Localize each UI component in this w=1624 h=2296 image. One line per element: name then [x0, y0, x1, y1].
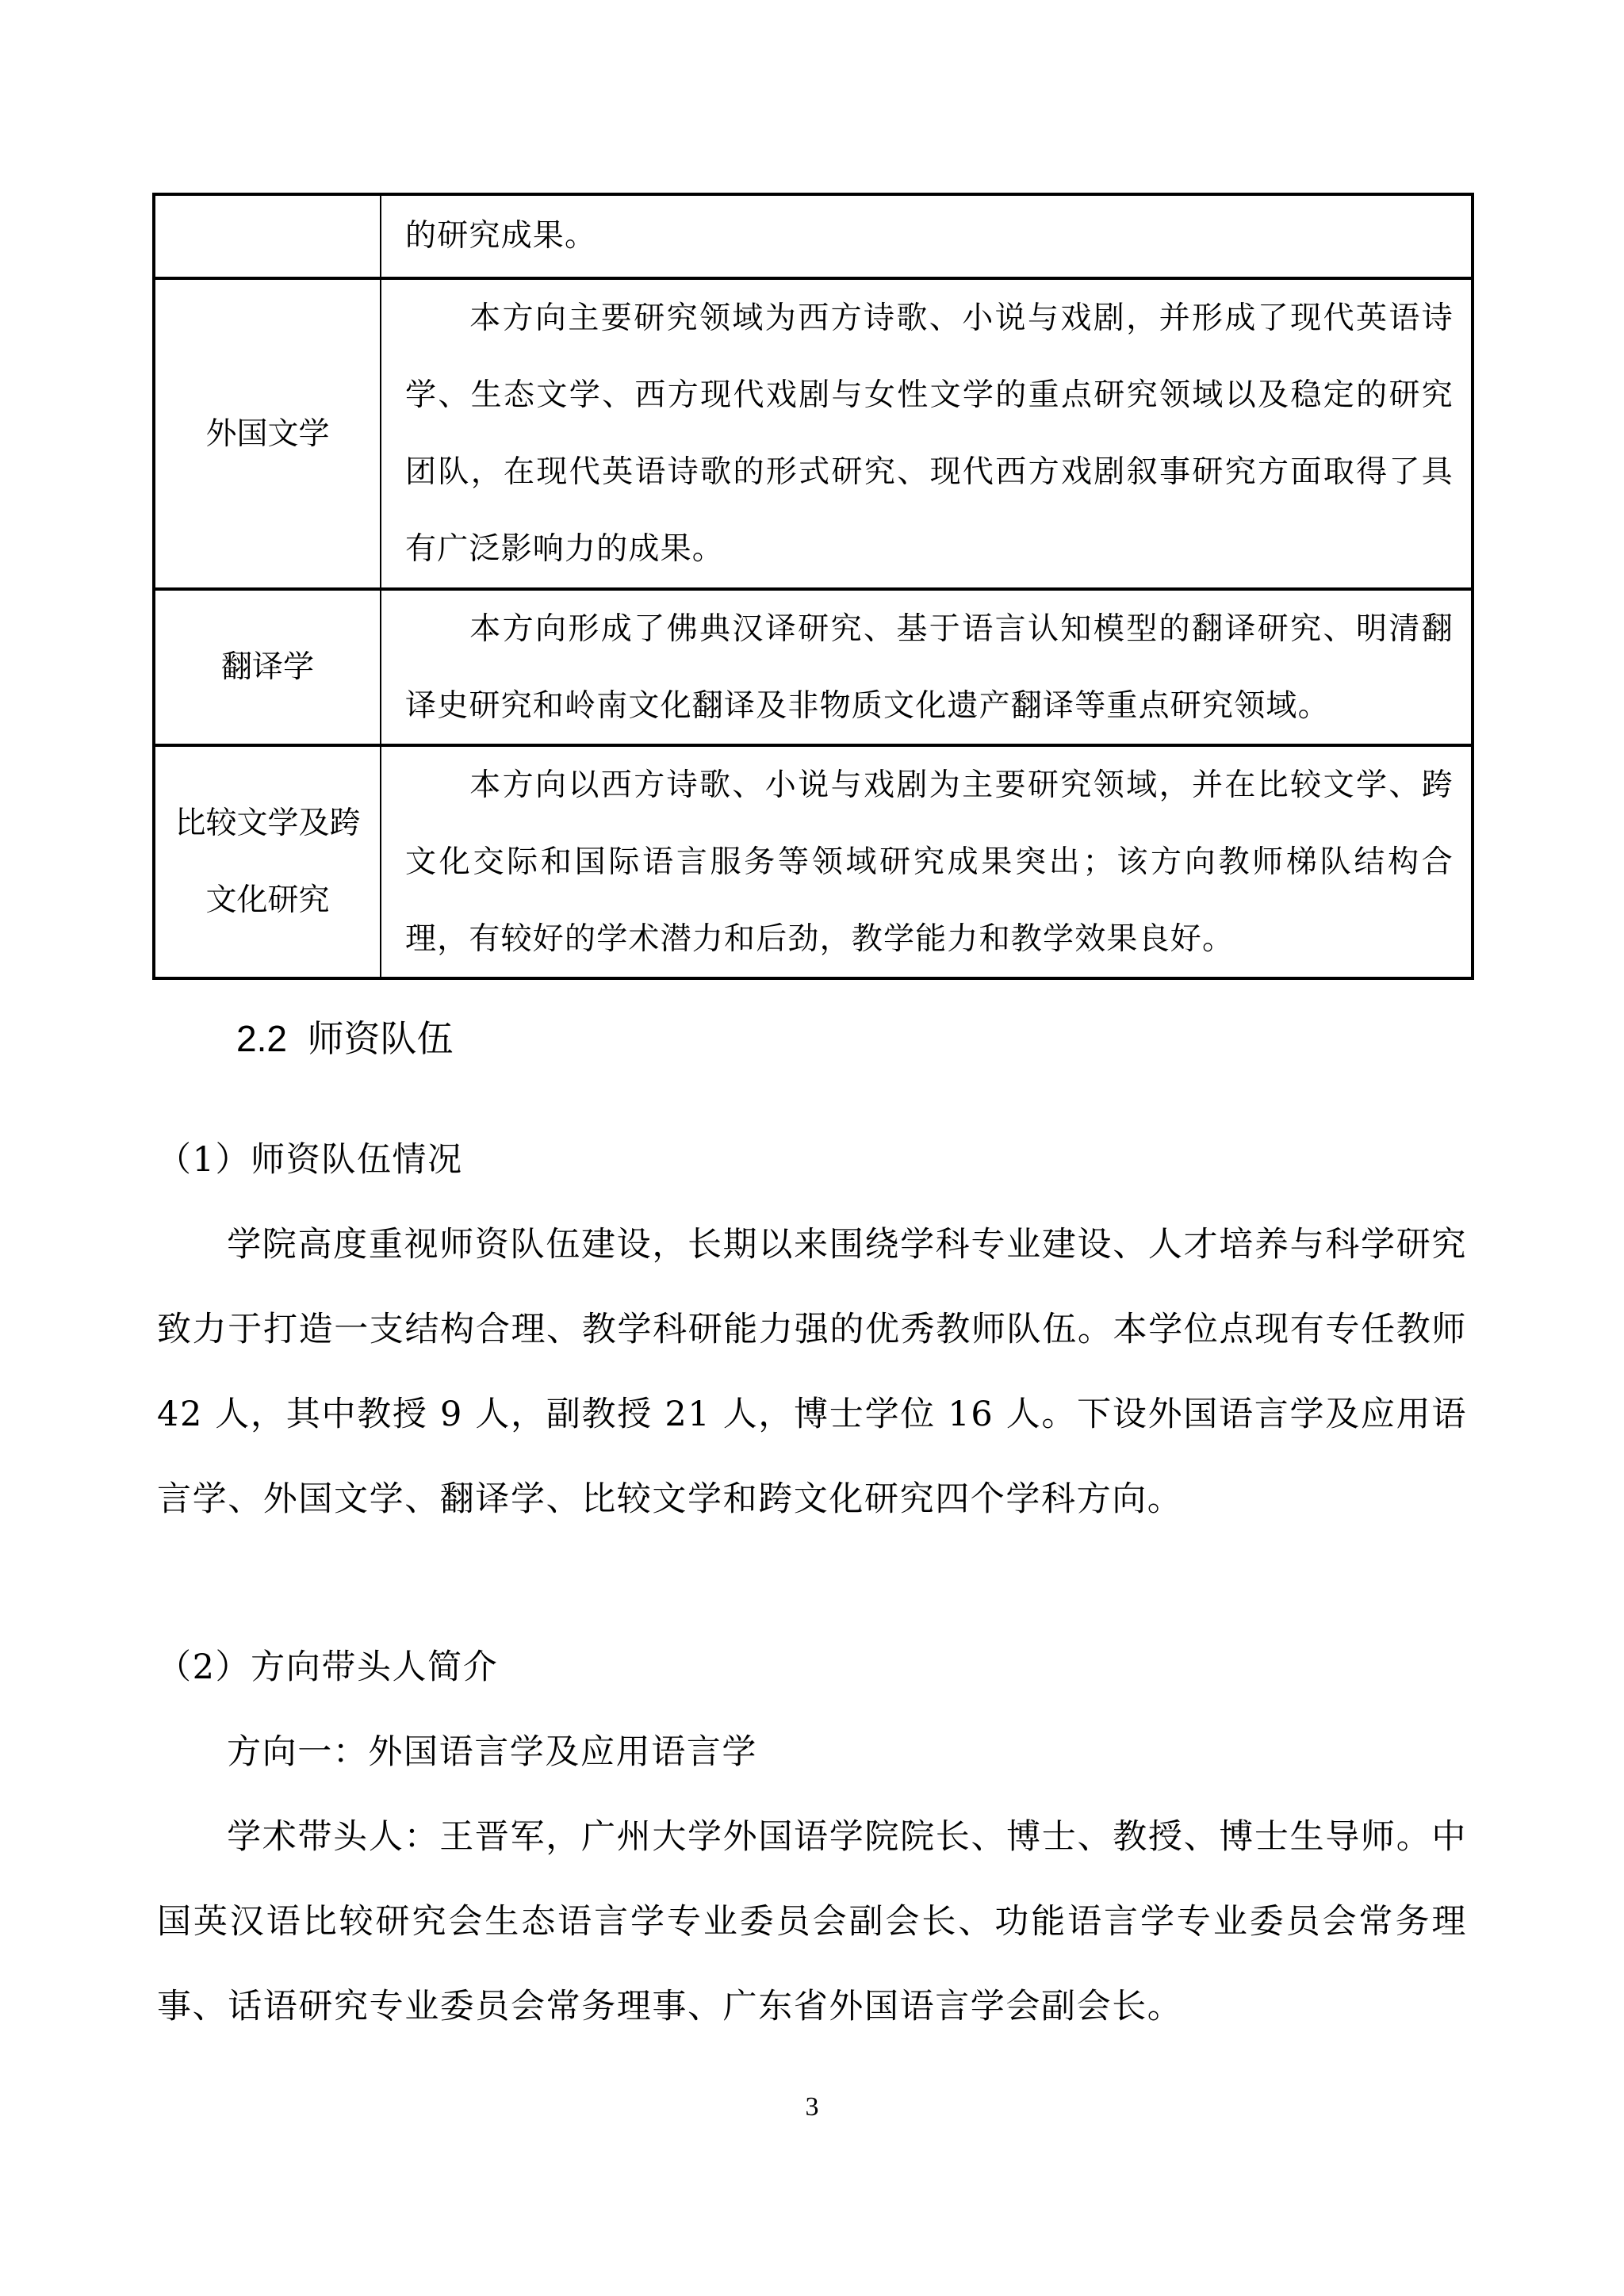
- page-number: 3: [0, 2091, 1624, 2123]
- direction-name-cell: [155, 196, 381, 277]
- paragraph-text: 学术带头人：王晋军，广州大学外国语学院院长、博士、教授、博士生导师。中国英汉语比…: [157, 1817, 1467, 2026]
- direction-description-cell: 本方向形成了佛典汉译研究、基于语言认知模型的翻译研究、明清翻译史研究和岭南文化翻…: [381, 591, 1471, 744]
- subheading-direction-leaders: （2）方向带头人简介: [157, 1625, 1467, 1710]
- direction-description: 本方向主要研究领域为西方诗歌、小说与戏剧，并形成了现代英语诗学、生态文学、西方现…: [405, 300, 1454, 567]
- subheading-text: （2）方向带头人简介: [157, 1647, 498, 1687]
- table-row: 比较文学及跨 文化研究 本方向以西方诗歌、小说与戏剧为主要研究领域，并在比较文学…: [155, 744, 1471, 977]
- research-directions-table: 的研究成果。 外国文学 本方向主要研究领域为西方诗歌、小说与戏剧，并形成了现代英…: [152, 193, 1474, 980]
- academic-leader-paragraph: 学术带头人：王晋军，广州大学外国语学院院长、博士、教授、博士生导师。中国英汉语比…: [157, 1795, 1467, 2049]
- faculty-overview-paragraph: 学院高度重视师资队伍建设，长期以来围绕学科专业建设、人才培养与科学研究致力于打造…: [157, 1203, 1467, 1542]
- direction-one-title: 方向一：外国语言学及应用语言学: [157, 1710, 1467, 1795]
- subheading-faculty-overview: （1）师资队伍情况: [157, 1118, 1467, 1203]
- direction-name-line: 文化研究: [174, 862, 360, 939]
- direction-description-cell: 本方向主要研究领域为西方诗歌、小说与戏剧，并形成了现代英语诗学、生态文学、西方现…: [381, 280, 1471, 587]
- direction-name: 翻译学: [221, 629, 314, 706]
- direction-description: 的研究成果。: [405, 218, 596, 254]
- direction-name-line: 比较文学及跨: [174, 785, 360, 862]
- direction-description: 本方向形成了佛典汉译研究、基于语言认知模型的翻译研究、明清翻译史研究和岭南文化翻…: [405, 611, 1454, 724]
- direction-description-cell: 本方向以西方诗歌、小说与戏剧为主要研究领域，并在比较文学、跨文化交际和国际语言服…: [381, 747, 1471, 977]
- direction-name: 外国文学: [205, 396, 329, 473]
- direction-name: 比较文学及跨 文化研究: [174, 785, 360, 939]
- paragraph-text: 学院高度重视师资队伍建设，长期以来围绕学科专业建设、人才培养与科学研究致力于打造…: [157, 1225, 1467, 1519]
- direction-description-cell: 的研究成果。: [381, 196, 1471, 277]
- section-heading: 2.2 师资队伍: [236, 1013, 454, 1064]
- direction-description: 本方向以西方诗歌、小说与戏剧为主要研究领域，并在比较文学、跨文化交际和国际语言服…: [405, 767, 1454, 957]
- table-row: 的研究成果。: [155, 196, 1471, 277]
- table-row: 翻译学 本方向形成了佛典汉译研究、基于语言认知模型的翻译研究、明清翻译史研究和岭…: [155, 587, 1471, 744]
- direction-name-cell: 翻译学: [155, 591, 381, 744]
- direction-title-text: 方向一：外国语言学及应用语言学: [227, 1732, 757, 1772]
- direction-name-cell: 比较文学及跨 文化研究: [155, 747, 381, 977]
- subheading-text: （1）师资队伍情况: [157, 1140, 463, 1180]
- table-row: 外国文学 本方向主要研究领域为西方诗歌、小说与戏剧，并形成了现代英语诗学、生态文…: [155, 277, 1471, 587]
- document-page: 的研究成果。 外国文学 本方向主要研究领域为西方诗歌、小说与戏剧，并形成了现代英…: [0, 0, 1624, 2296]
- direction-name-cell: 外国文学: [155, 280, 381, 587]
